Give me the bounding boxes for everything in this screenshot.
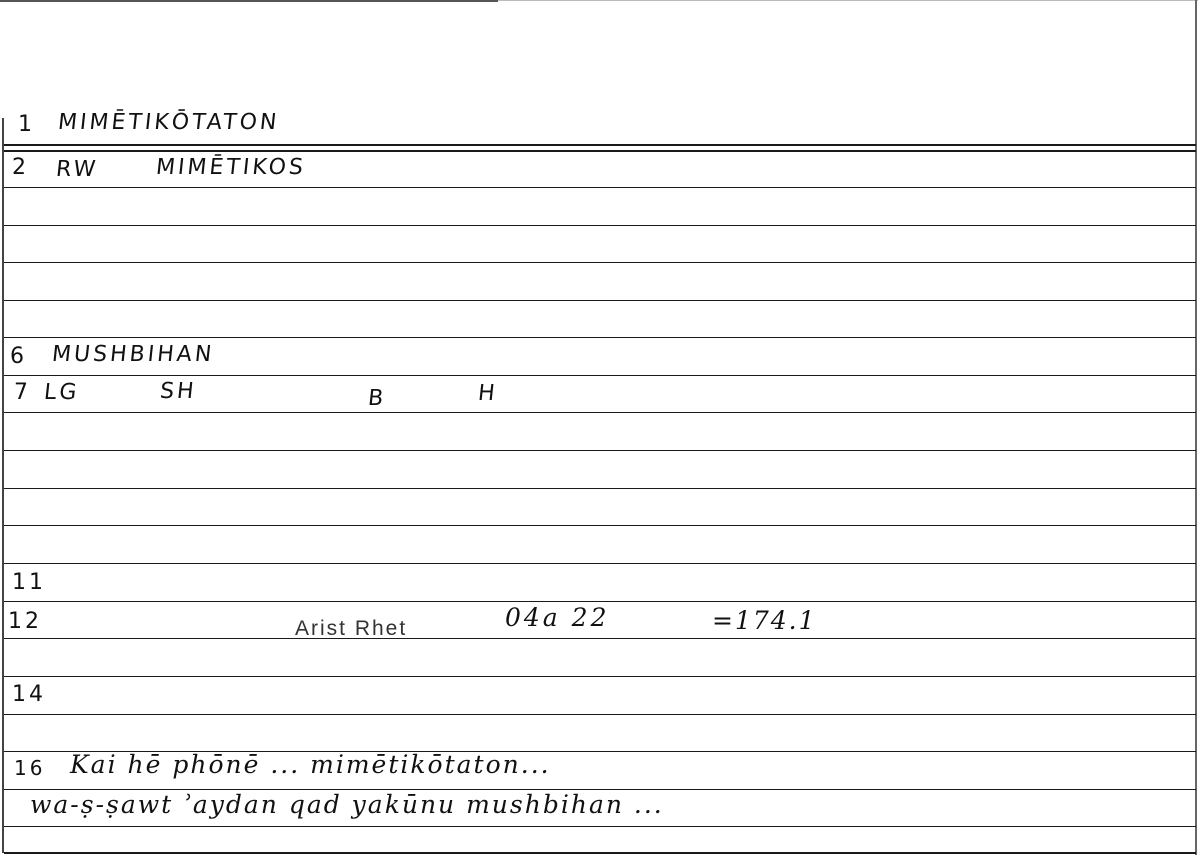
source-abbrev: B	[367, 386, 388, 411]
line-number: 2	[12, 155, 29, 180]
lemma-greek: MIMĒTIKOS	[155, 155, 307, 180]
ruled-line	[4, 187, 1196, 188]
ruled-line	[4, 337, 1196, 338]
reference-page: =174.1	[712, 606, 817, 635]
ruled-line	[4, 375, 1196, 376]
card-left-edge	[2, 118, 4, 853]
ruled-line	[4, 826, 1196, 827]
source-abbrev: SH	[159, 379, 198, 404]
card-top-edge	[498, 0, 1198, 1]
card-right-edge	[1195, 0, 1197, 855]
ruled-line	[4, 450, 1196, 451]
ruled-line	[4, 676, 1196, 677]
ruled-line	[4, 601, 1196, 602]
line-number: 6	[10, 344, 27, 369]
ruled-line	[4, 638, 1196, 639]
ruled-line	[4, 144, 1196, 146]
ruled-line	[4, 563, 1196, 564]
ruled-line	[4, 150, 1196, 152]
line-number: 12	[8, 609, 42, 634]
source-abbrev: H	[477, 381, 499, 406]
headword-arabic: MUSHBIHAN	[51, 342, 216, 367]
line-number: 14	[12, 682, 46, 707]
card-top-edge	[0, 0, 498, 2]
ruled-line	[4, 412, 1196, 413]
ruled-line	[4, 714, 1196, 715]
ruled-line	[4, 852, 1196, 854]
reference-source: Arist Rhet	[295, 617, 407, 641]
index-card: 1 MIMĒTIKŌTATON 2 RW MIMĒTIKOS 6 MUSHBIH…	[0, 0, 1200, 859]
ruled-line	[4, 262, 1196, 263]
headword-greek: MIMĒTIKŌTATON	[57, 110, 281, 135]
source-abbrev: LG	[43, 380, 81, 405]
line-number: 16	[14, 756, 45, 780]
source-abbrev: RW	[55, 157, 100, 182]
quotation-greek: Kai hē phōnē ... mimētikōtaton...	[70, 750, 551, 779]
line-number: 11	[12, 570, 46, 595]
ruled-line	[4, 225, 1196, 226]
line-number: 1	[18, 112, 35, 137]
quotation-arabic: wa-ṣ-ṣawt ʾaydan qad yakūnu mushbihan ..…	[30, 790, 664, 819]
line-number: 7	[14, 380, 31, 405]
reference-locus: 04a 22	[505, 603, 609, 632]
ruled-line	[4, 300, 1196, 301]
ruled-line	[4, 488, 1196, 489]
ruled-line	[4, 525, 1196, 526]
